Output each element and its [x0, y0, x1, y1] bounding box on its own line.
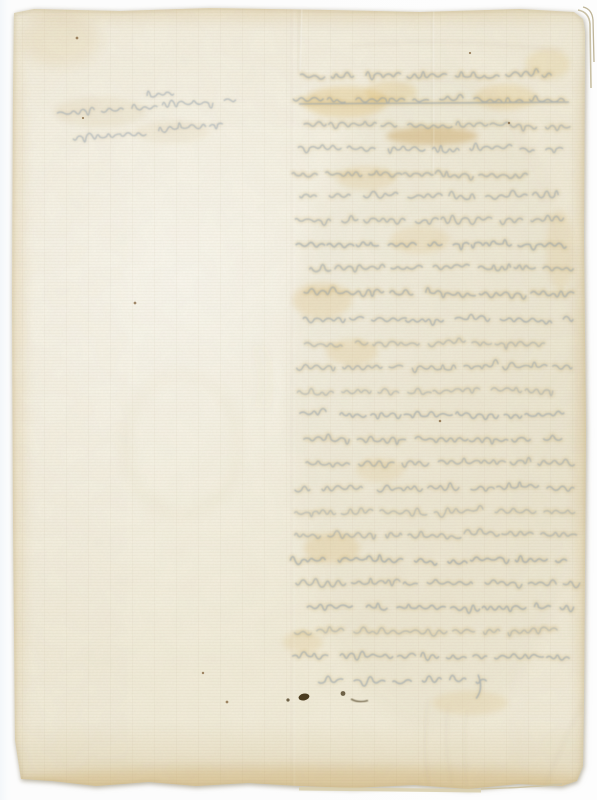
rust-speck — [76, 37, 79, 40]
ink-dot — [341, 691, 346, 696]
stain — [292, 282, 352, 318]
rust-speck — [508, 122, 510, 124]
stain — [336, 166, 396, 190]
ink-dot — [286, 698, 289, 701]
rust-speck — [439, 420, 442, 423]
stain — [283, 631, 323, 653]
scan-background — [0, 0, 597, 800]
stain — [6, 20, 24, 780]
docket-smudge — [54, 97, 146, 127]
rust-speck — [202, 672, 204, 674]
stain — [475, 84, 535, 110]
rust-speck — [469, 52, 471, 54]
stain — [432, 691, 508, 715]
crease — [431, 10, 432, 176]
fold-line — [291, 12, 292, 786]
fold-highlight — [294, 12, 295, 786]
rust-speck — [82, 117, 84, 119]
stain — [5, 767, 595, 799]
rust-speck — [134, 302, 137, 305]
stain — [390, 226, 450, 254]
page-markings-overlay — [0, 0, 597, 800]
rust-speck — [226, 701, 229, 704]
stain — [20, 14, 100, 66]
docket-smudge — [134, 121, 210, 143]
